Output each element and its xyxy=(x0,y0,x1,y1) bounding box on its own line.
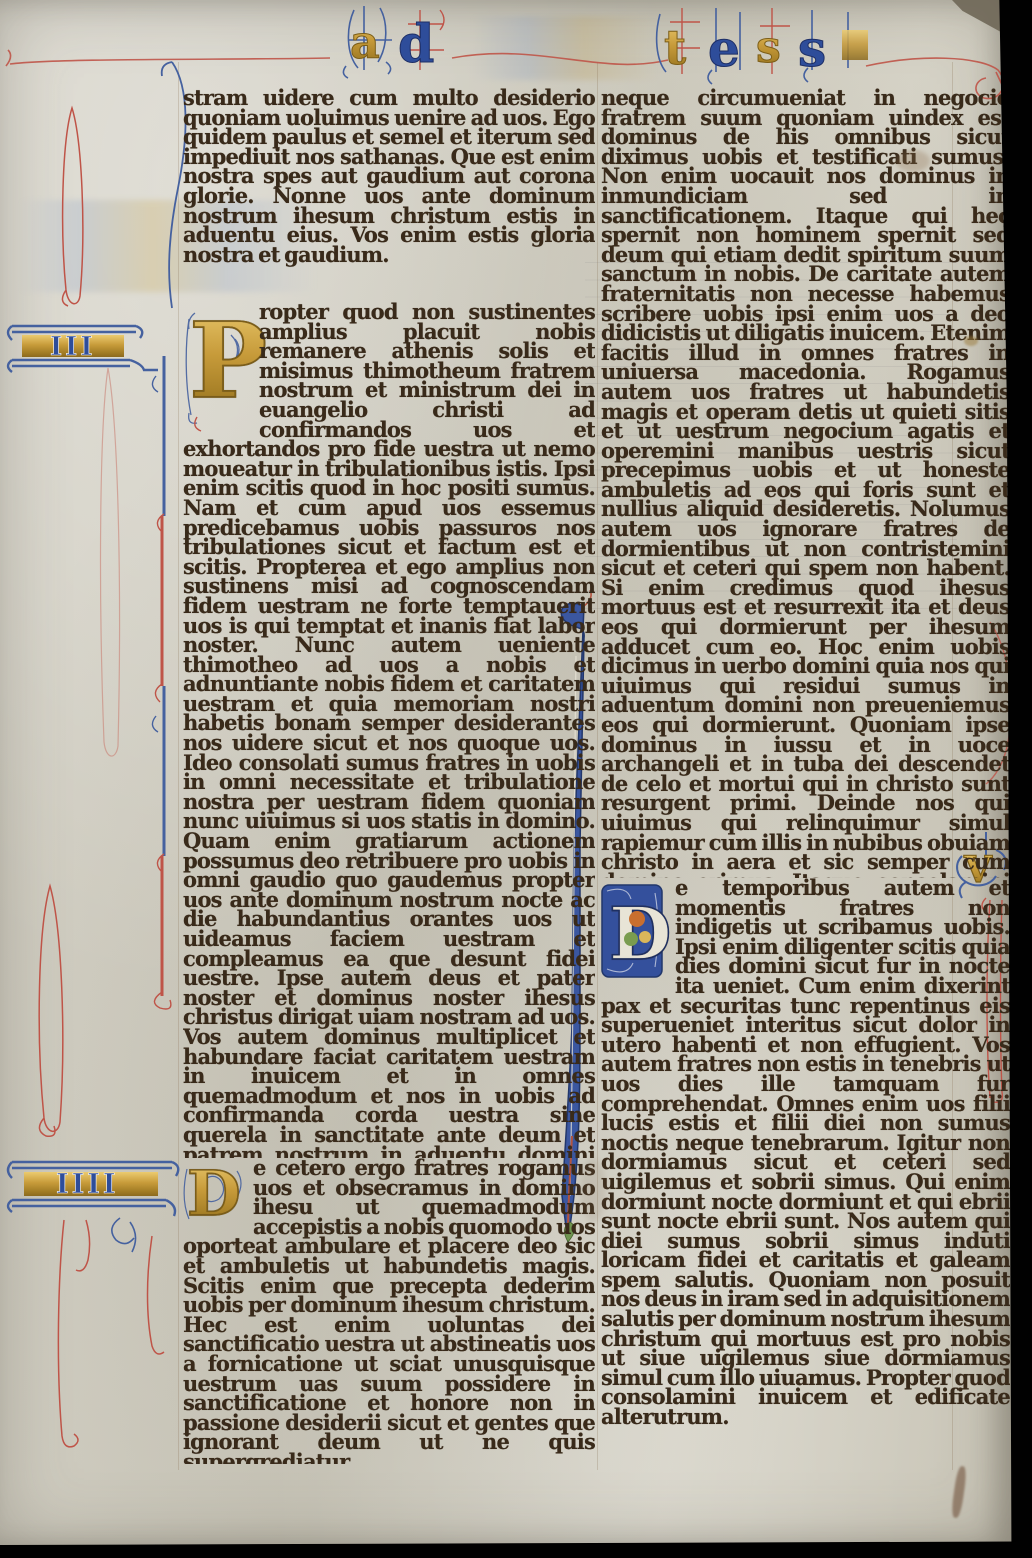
left-column-section-1: stram uidere cum multo desiderio quoniam… xyxy=(183,88,595,302)
illuminated-initial-d-painted: D xyxy=(601,881,665,981)
parchment-shadow xyxy=(580,1158,606,1222)
initial-letter: D xyxy=(609,891,671,976)
title-letter: s xyxy=(798,19,826,78)
running-title-right: t e s s xyxy=(652,2,892,90)
title-letter: a xyxy=(350,15,380,69)
title-letter: d xyxy=(398,14,434,75)
left-column-section-3: D e cetero ergo fratres rogamus uos et o… xyxy=(183,1158,595,1464)
chapter-marker-iii: III xyxy=(4,312,164,378)
parchment-stain xyxy=(896,150,930,172)
chapter-numeral: III xyxy=(50,332,96,362)
penwork-tails-red-blue xyxy=(34,1216,184,1466)
initial-filigree-bar xyxy=(142,356,182,1006)
title-ornament-gold xyxy=(842,30,868,60)
right-column-section-1: neque circumueniat in negocio fratrem su… xyxy=(601,88,1010,878)
initial-foliage-orange xyxy=(629,911,645,927)
scripture-text: stram uidere cum multo desiderio quoniam… xyxy=(183,88,595,267)
parchment-stain xyxy=(964,336,978,346)
title-letter: s xyxy=(756,22,781,73)
chapter-numeral: IIII xyxy=(56,1169,119,1200)
right-column-section-2: D e temporibus autem et momentis fratres… xyxy=(601,878,1010,1464)
left-column-section-2: P ropter quod non sustinentes amplius pl… xyxy=(183,302,595,1158)
scripture-text: neque circumueniat in negocio fratrem su… xyxy=(601,88,1010,878)
penwork-loop-red xyxy=(46,100,96,320)
initial-foliage-gold xyxy=(639,931,651,943)
title-letter: t xyxy=(664,20,686,76)
initial-letter: P xyxy=(189,302,266,422)
initial-letter: D xyxy=(187,1158,240,1230)
scripture-text: e cetero ergo fratres rogamus uos et obs… xyxy=(183,1158,595,1464)
illuminated-initial-p: P xyxy=(183,305,249,433)
illuminated-initial-d-gold: D xyxy=(183,1161,243,1225)
penwork-loop-red xyxy=(22,878,76,1148)
running-title-left: a d xyxy=(328,2,488,82)
chapter-marker-iiii: IIII xyxy=(2,1146,202,1224)
manuscript-photo: a d t e s s III IIII xyxy=(0,0,1032,1558)
initial-foliage-green xyxy=(624,932,638,946)
title-letter: e xyxy=(708,19,740,78)
penwork-loop-red-faint xyxy=(88,362,128,772)
